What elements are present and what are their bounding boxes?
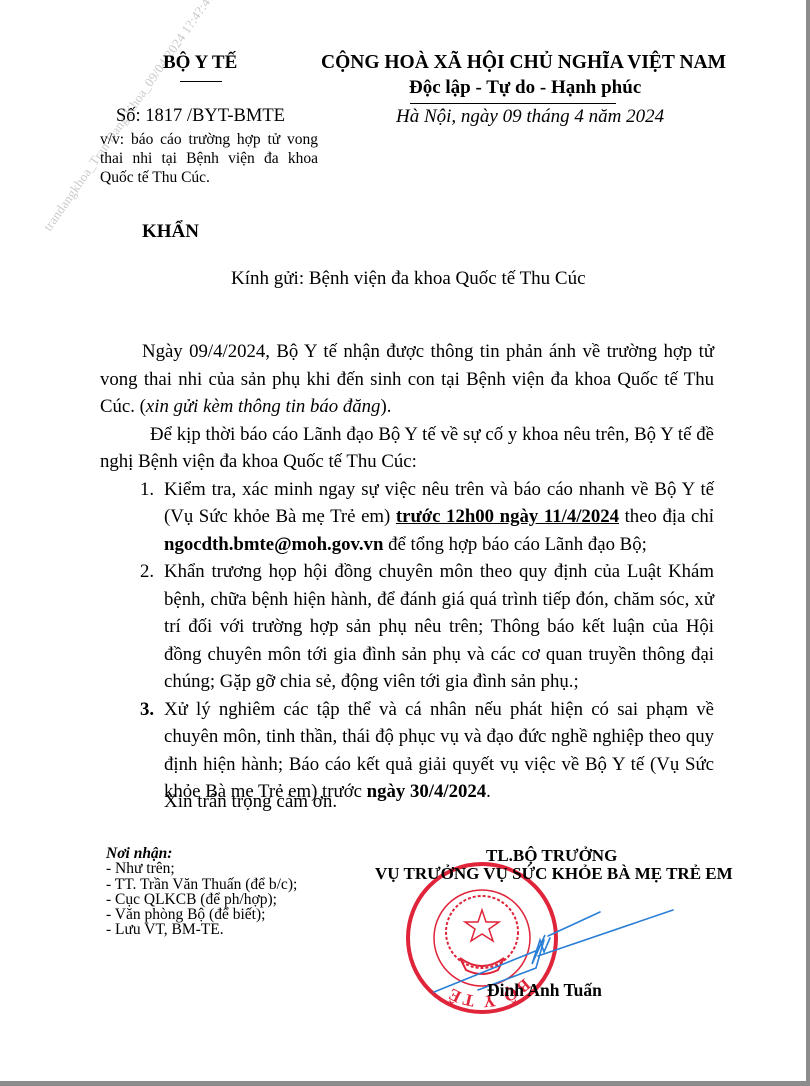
national-title: CỘNG HOÀ XÃ HỘI CHỦ NGHĨA VIỆT NAM (321, 52, 726, 74)
paragraph-1: Ngày 09/4/2024, Bộ Y tế nhận được thông … (100, 338, 714, 421)
recipients-title: Nơi nhận: (106, 846, 297, 861)
ministry-name: BỘ Y TẾ (163, 52, 237, 74)
paragraph-2: Để kịp thời báo cáo Lãnh đạo Bộ Y tế về … (100, 421, 714, 476)
attachment-note: xin gửi kèm thông tin báo đăng (146, 396, 381, 417)
recipient-item: - Cục QLKCB (để ph/hợp); (106, 892, 297, 907)
recipient-item: - TT. Trần Văn Thuấn (để b/c); (106, 877, 297, 892)
subject-line: v/v: báo cáo trường hợp tử vong thai nhi… (100, 130, 318, 187)
national-motto: Độc lập - Tự do - Hạnh phúc (409, 77, 641, 99)
urgency-label: KHẨN (142, 221, 199, 243)
deadline-1: trước 12h00 ngày 11/4/2024 (396, 506, 619, 527)
closing-line: Xin trân trọng cảm ơn. (164, 791, 337, 813)
signer-name: Đinh Anh Tuấn (487, 980, 602, 1001)
list-item: 1. Kiểm tra, xác minh ngay sự việc nêu t… (100, 476, 714, 559)
recipients-list: Nơi nhận: - Như trên; - TT. Trần Văn Thu… (106, 846, 297, 938)
email-address: ngocdth.bmte@moh.gov.vn (164, 534, 383, 555)
deadline-2: ngày 30/4/2024 (367, 781, 486, 802)
document-number: Số: 1817 /BYT-BMTE (116, 106, 285, 127)
ministry-underline (180, 81, 222, 82)
request-list: 1. Kiểm tra, xác minh ngay sự việc nêu t… (100, 476, 714, 806)
list-item: 3. Xử lý nghiêm các tập thể và cá nhân n… (100, 696, 714, 806)
signature-title-1: TL.BỘ TRƯỞNG (486, 846, 617, 866)
motto-underline (410, 103, 616, 104)
recipient-item: - Lưu VT, BM-TE. (106, 922, 297, 937)
letter-body: Ngày 09/4/2024, Bộ Y tế nhận được thông … (100, 338, 714, 806)
list-item: 2. Khẩn trương họp hội đồng chuyên môn t… (100, 558, 714, 696)
date-line: Hà Nội, ngày 09 tháng 4 năm 2024 (396, 106, 664, 128)
recipient-item: - Như trên; (106, 861, 297, 876)
document-page: trandangkhoa_Tran Dang Khoa_09/04/2024 1… (0, 0, 806, 1081)
recipient-line: Kính gửi: Bệnh viện đa khoa Quốc tế Thu … (231, 268, 586, 290)
recipient-item: - Văn phòng Bộ (để biết); (106, 907, 297, 922)
signature-title-2: VỤ TRƯỞNG VỤ SỨC KHỎE BÀ MẸ TRẺ EM (375, 864, 733, 884)
